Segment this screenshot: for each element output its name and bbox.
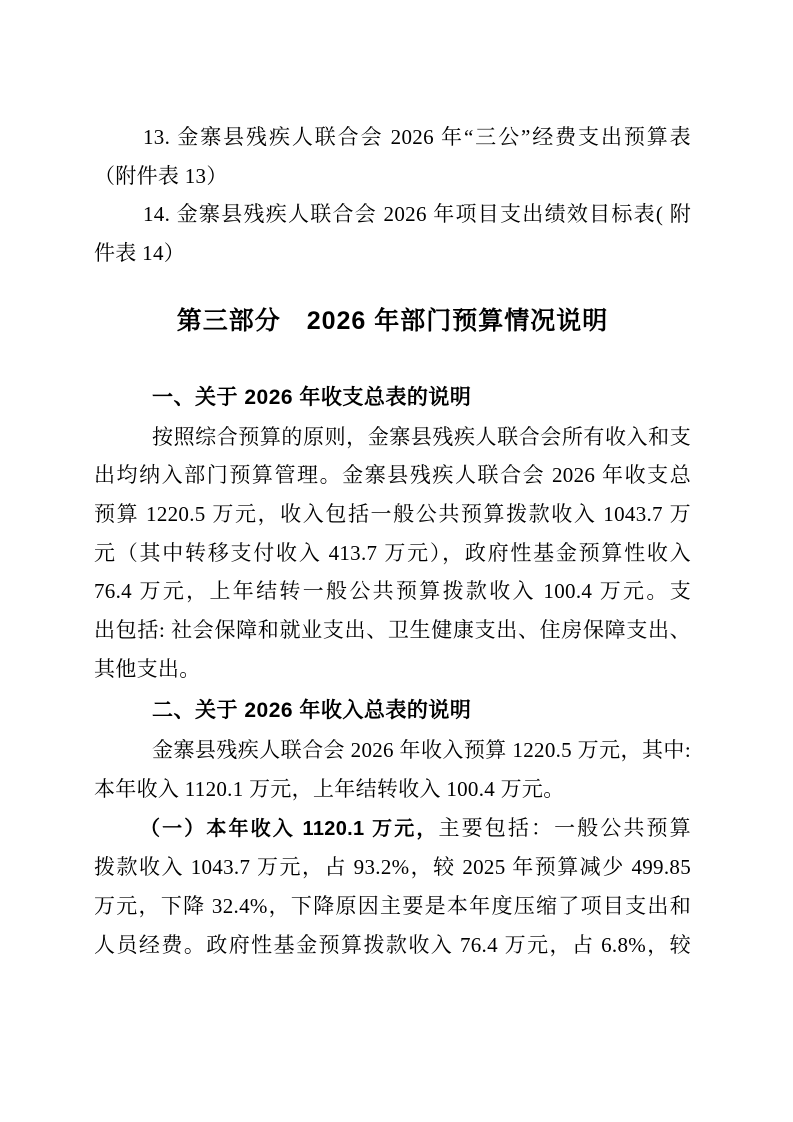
section-1-title: 一、关于 2026 年收支总表的说明 bbox=[94, 379, 691, 418]
subparagraph-bold-lead: （一）本年收入 1120.1 万元， bbox=[140, 818, 438, 840]
paragraph-line: 金寨县残疾人联合会 2026 年收入预算 1220.5 万元，其中: bbox=[94, 731, 691, 770]
attachment-item-14: 14. 金寨县残疾人联合会 2026 年项目支出绩效目标表( 附 件表 14） bbox=[94, 195, 691, 272]
section-2: 二、关于 2026 年收入总表的说明 金寨县残疾人联合会 2026 年收入预算 … bbox=[94, 692, 691, 964]
document-page: 13. 金寨县残疾人联合会 2026 年“三公”经费支出预算表 （附件表 13）… bbox=[0, 0, 793, 1122]
paragraph-line: 本年收入 1120.1 万元，上年结转收入 100.4 万元。 bbox=[94, 770, 691, 809]
section-2-paragraph: 金寨县残疾人联合会 2026 年收入预算 1220.5 万元，其中: 本年收入 … bbox=[94, 731, 691, 808]
paragraph-line: 其他支出。 bbox=[94, 650, 691, 689]
section-1: 一、关于 2026 年收支总表的说明 按照综合预算的原则，金寨县残疾人联合会所有… bbox=[94, 379, 691, 689]
attachment-13-line-2: （附件表 13） bbox=[94, 157, 691, 196]
paragraph-line: 76.4 万元，上年结转一般公共预算拨款收入 100.4 万元。支 bbox=[94, 572, 691, 611]
document-content: 13. 金寨县残疾人联合会 2026 年“三公”经费支出预算表 （附件表 13）… bbox=[94, 118, 691, 964]
attachment-item-13: 13. 金寨县残疾人联合会 2026 年“三公”经费支出预算表 （附件表 13） bbox=[94, 118, 691, 195]
part3-heading: 第三部分 2026 年部门预算情况说明 bbox=[94, 299, 691, 343]
paragraph-line: 预算 1220.5 万元，收入包括一般公共预算拨款收入 1043.7 万 bbox=[94, 495, 691, 534]
subparagraph-lead-rest: 主要包括：一般公共预算 bbox=[438, 816, 691, 840]
attachment-13-line-1: 13. 金寨县残疾人联合会 2026 年“三公”经费支出预算表 bbox=[94, 118, 691, 157]
paragraph-line: 拨款收入 1043.7 万元，占 93.2%，较 2025 年预算减少 499.… bbox=[94, 848, 691, 887]
section-2-title: 二、关于 2026 年收入总表的说明 bbox=[94, 692, 691, 731]
paragraph-line: 元（其中转移支付收入 413.7 万元），政府性基金预算性收入 bbox=[94, 534, 691, 573]
section-1-paragraph: 按照综合预算的原则，金寨县残疾人联合会所有收入和支 出均纳入部门预算管理。金寨县… bbox=[94, 418, 691, 689]
paragraph-line: 人员经费。政府性基金预算拨款收入 76.4 万元，占 6.8%，较 bbox=[94, 926, 691, 965]
paragraph-line: 万元，下降 32.4%，下降原因主要是本年度压缩了项目支出和 bbox=[94, 887, 691, 926]
attachment-14-line-1: 14. 金寨县残疾人联合会 2026 年项目支出绩效目标表( 附 bbox=[94, 195, 691, 234]
paragraph-line: 出包括: 社会保障和就业支出、卫生健康支出、住房保障支出、 bbox=[94, 611, 691, 650]
paragraph-line: 出均纳入部门预算管理。金寨县残疾人联合会 2026 年收支总 bbox=[94, 456, 691, 495]
section-2-subparagraph-1: （一）本年收入 1120.1 万元，主要包括：一般公共预算 拨款收入 1043.… bbox=[94, 809, 691, 965]
attachment-14-line-2: 件表 14） bbox=[94, 234, 691, 273]
paragraph-line: 按照综合预算的原则，金寨县残疾人联合会所有收入和支 bbox=[94, 418, 691, 457]
paragraph-line: （一）本年收入 1120.1 万元，主要包括：一般公共预算 bbox=[94, 809, 691, 849]
